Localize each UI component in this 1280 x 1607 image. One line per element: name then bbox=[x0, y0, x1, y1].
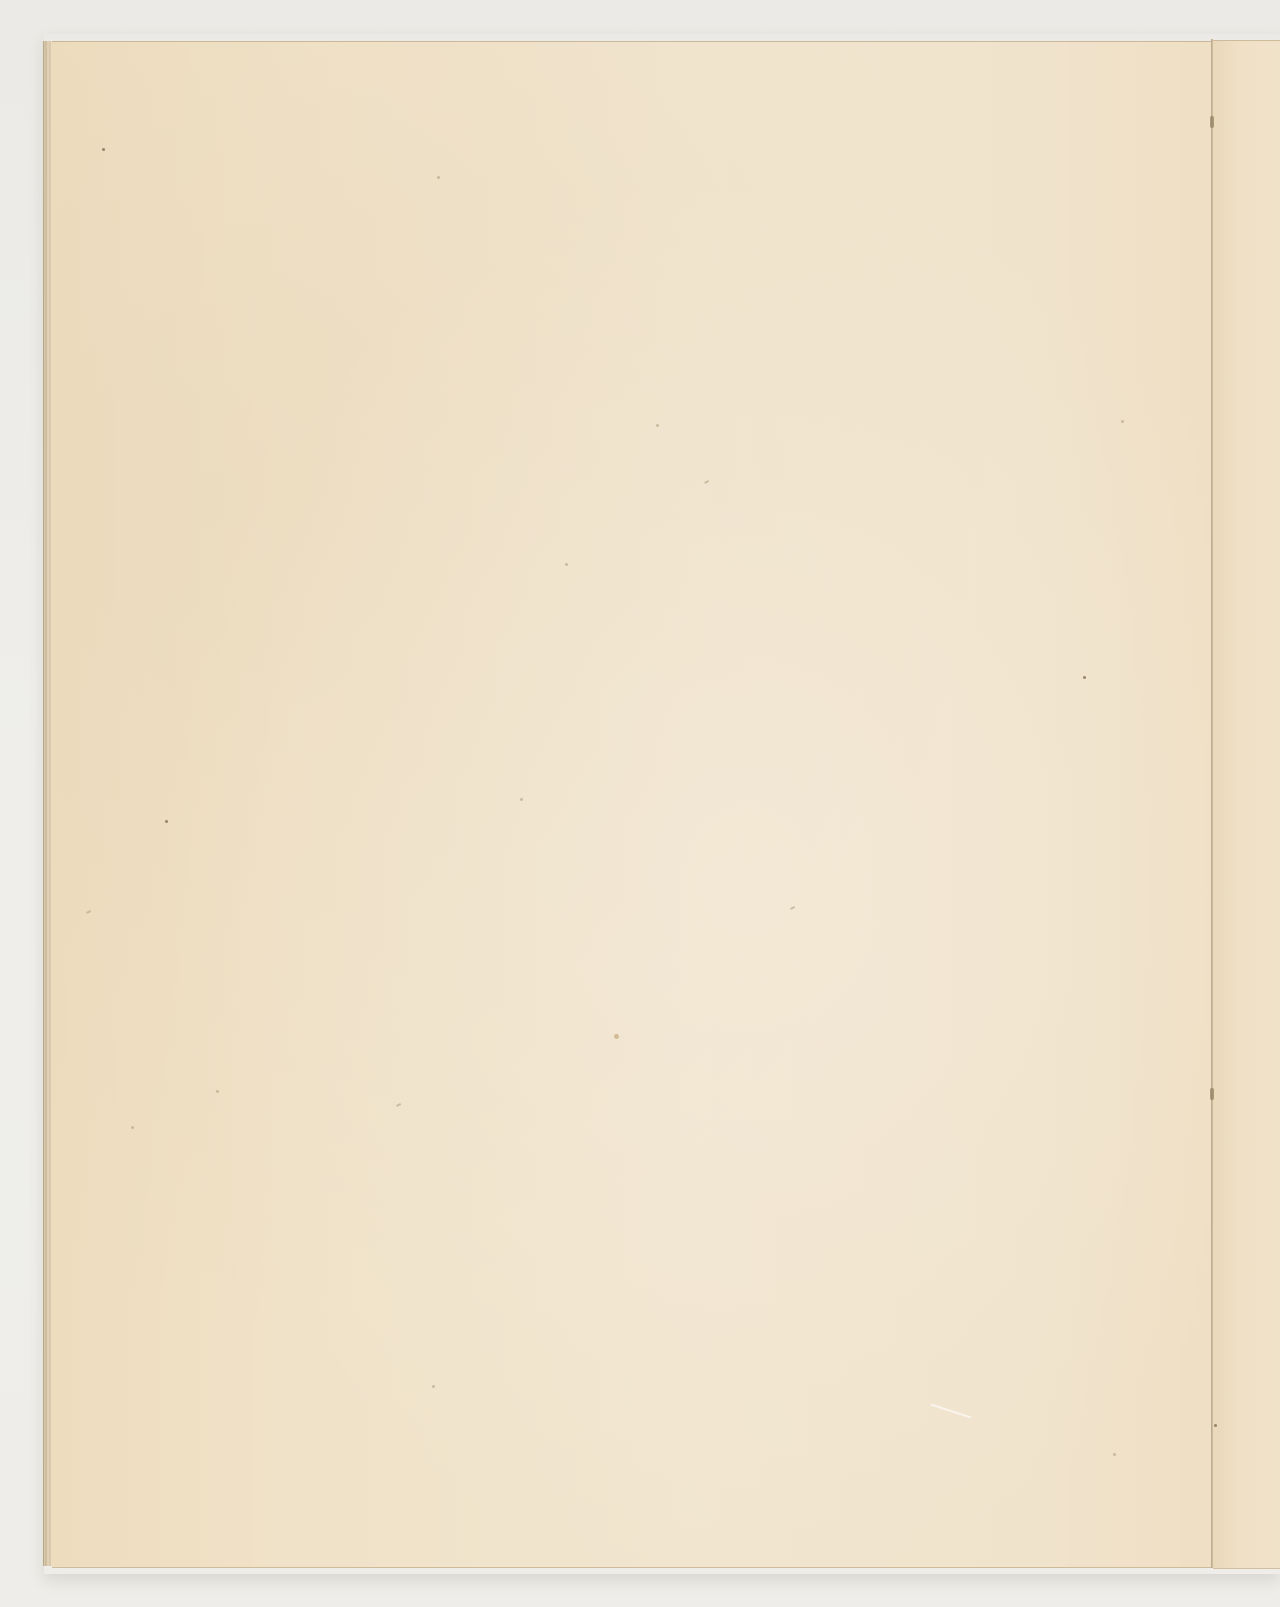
paper-speck bbox=[1121, 420, 1124, 423]
paper-speck bbox=[1113, 1453, 1116, 1456]
paper-speck bbox=[614, 1034, 619, 1039]
paper-speck bbox=[102, 148, 105, 151]
paper-speck bbox=[656, 424, 659, 427]
gutter-nick bbox=[1210, 116, 1214, 128]
blank-page bbox=[52, 41, 1212, 1568]
paper-speck bbox=[216, 1090, 219, 1093]
gutter-nick bbox=[1210, 1088, 1214, 1100]
paper-speck bbox=[432, 1385, 435, 1388]
paper-speck bbox=[565, 563, 568, 566]
paper-speck bbox=[437, 176, 440, 179]
facing-page-edge bbox=[1213, 40, 1280, 1569]
paper-speck bbox=[165, 820, 168, 823]
paper-speck bbox=[520, 798, 523, 801]
paper-speck bbox=[1083, 676, 1086, 679]
paper-speck bbox=[131, 1126, 134, 1129]
paper-speck bbox=[1214, 1424, 1217, 1427]
